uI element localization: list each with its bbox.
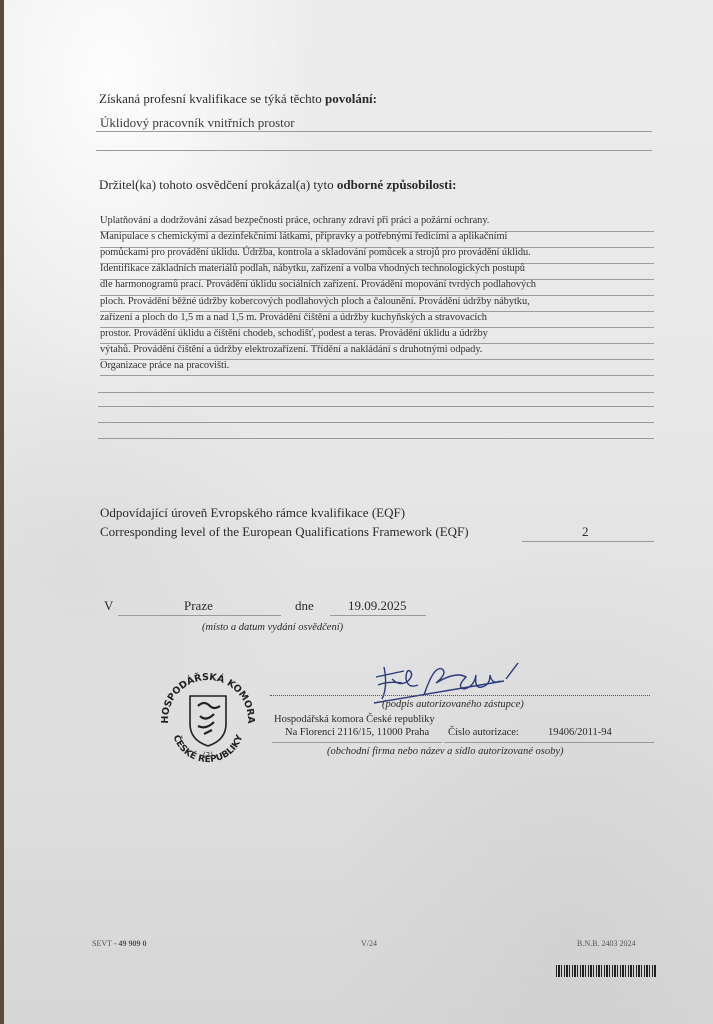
footer-print-code: B.N.B. 2403 2024: [577, 939, 635, 948]
place-prefix: V: [104, 598, 113, 614]
org-name: Hospodářská komora České republiky: [274, 714, 435, 725]
auth-underline: [444, 742, 654, 743]
occupation-value: Úklidový pracovník vnitřních prostor: [100, 115, 295, 131]
signature-line: [270, 695, 650, 696]
barcode-icon: [556, 965, 656, 977]
blank-line: [98, 422, 654, 423]
blank-line: [98, 406, 654, 407]
svg-text:HOSPODÁŘSKÁ KOMORA: HOSPODÁŘSKÁ KOMORA: [160, 671, 256, 724]
eqf-label-cz: Odpovídající úroveň Evropského rámce kva…: [100, 505, 405, 521]
footer-form-prefix: SEVT -: [92, 939, 119, 948]
competence-label-text: Držitel(ka) tohoto osvědčení prokázal(a)…: [99, 177, 337, 192]
eqf-label-en: Corresponding level of the European Qual…: [100, 524, 469, 540]
place-underline: [118, 615, 281, 616]
stamp-number: (2): [203, 751, 213, 759]
org-caption: (obchodní firma nebo název a sídlo autor…: [327, 746, 564, 757]
auth-label: Číslo autorizace:: [448, 727, 519, 738]
occupation-label: Získaná profesní kvalifikace se týká těc…: [99, 91, 377, 107]
competence-line: Organizace práce na pracovišti.: [100, 358, 654, 377]
org-address: Na Florenci 2116/15, 11000 Praha: [285, 727, 429, 738]
date-prefix: dne: [295, 598, 314, 614]
occupation-label-bold: povolání:: [325, 91, 377, 106]
occupation-underline: [96, 131, 652, 132]
footer-form-number: 49 909 0: [119, 939, 147, 948]
chamber-stamp-icon: HOSPODÁŘSKÁ KOMORA ČESKÉ REPUBLIKY (2): [154, 668, 262, 768]
stamp-bottom-text: ČESKÉ REPUBLIKY: [171, 733, 246, 765]
blank-line: [98, 392, 654, 393]
stamp-top-text: HOSPODÁŘSKÁ KOMORA: [160, 671, 256, 724]
competence-label-bold: odborné způsobilosti:: [337, 177, 457, 192]
eqf-underline: [522, 541, 654, 542]
signature-caption: (podpis autorizovaného zástupce): [382, 699, 524, 710]
occupation-label-text: Získaná profesní kvalifikace se týká těc…: [99, 91, 325, 106]
issue-date: 19.09.2025: [348, 598, 407, 614]
footer-form-code: SEVT - 49 909 0: [92, 939, 147, 948]
svg-text:ČESKÉ REPUBLIKY: ČESKÉ REPUBLIKY: [171, 733, 246, 765]
blank-line: [98, 438, 654, 439]
issue-place: Praze: [184, 598, 213, 614]
issue-caption: (místo a datum vydání osvědčení): [202, 622, 343, 633]
org-underline: [272, 742, 442, 743]
occupation-underline-2: [96, 150, 652, 151]
footer-version: V/24: [361, 939, 377, 948]
date-underline: [330, 615, 426, 616]
eqf-level: 2: [582, 524, 589, 540]
competence-label: Držitel(ka) tohoto osvědčení prokázal(a)…: [99, 177, 456, 193]
certificate-page: Získaná profesní kvalifikace se týká těc…: [4, 0, 713, 1024]
auth-number: 19406/2011-94: [548, 727, 612, 738]
